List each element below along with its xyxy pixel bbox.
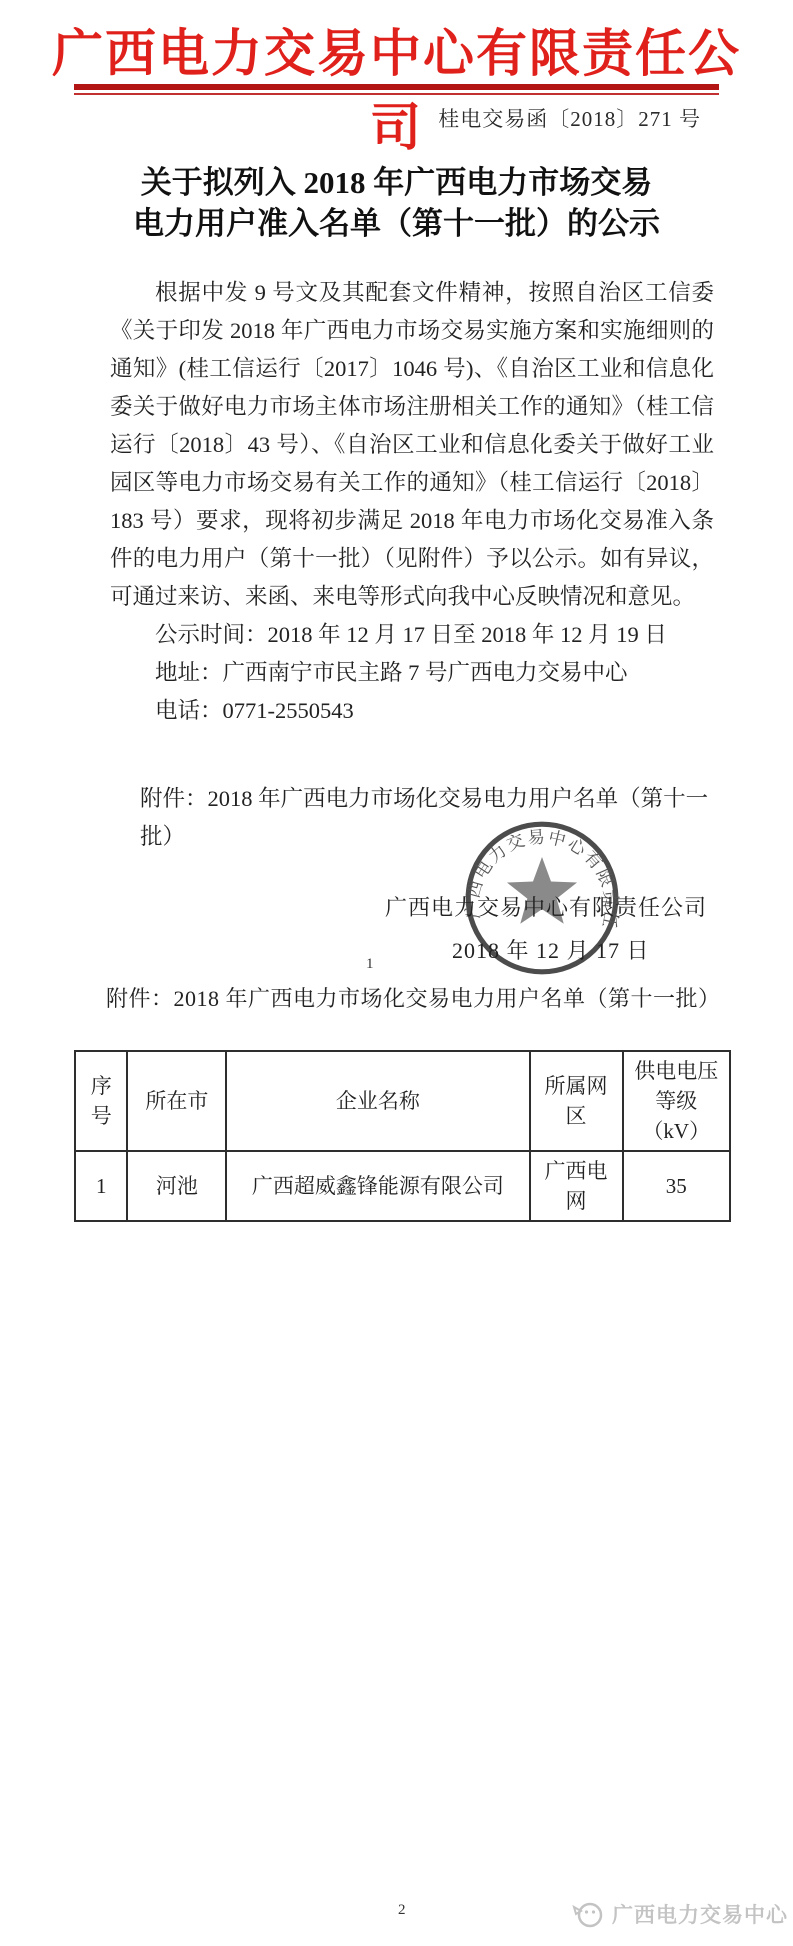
table-header-row: 序号 所在市 企业名称 所属网区 供电电压等级（kV） [75, 1051, 730, 1151]
body-paragraph: 根据中发 9 号文及其配套文件精神，按照自治区工信委《关于印发 2018 年广西… [110, 274, 714, 616]
address-line: 地址：广西南宁市民主路 7 号广西电力交易中心 [110, 654, 714, 692]
attachment-heading: 附件：2018 年广西电力市场化交易电力用户名单（第十一批） [106, 982, 721, 1013]
doc-number: 桂电交易函〔2018〕271 号 [438, 103, 701, 133]
cell-company: 广西超威鑫锋能源有限公司 [226, 1151, 529, 1221]
document-page: 广西电力交易中心有限责任公司 桂电交易函〔2018〕271 号 关于拟列入 20… [0, 0, 793, 1946]
user-list-table: 序号 所在市 企业名称 所属网区 供电电压等级（kV） 1 河池 广西超威鑫锋能… [74, 1050, 731, 1222]
body-content: 根据中发 9 号文及其配套文件精神，按照自治区工信委《关于印发 2018 年广西… [110, 274, 714, 856]
col-header-grid: 所属网区 [530, 1051, 623, 1151]
col-header-company: 企业名称 [226, 1051, 529, 1151]
col-header-voltage: 供电电压等级（kV） [623, 1051, 730, 1151]
publicity-time-line: 公示时间：2018 年 12 月 17 日至 2018 年 12 月 19 日 [110, 616, 714, 654]
cell-grid: 广西电网 [530, 1151, 623, 1221]
signature-date: 2018 年 12 月 17 日 [452, 934, 650, 965]
page-number-2: 2 [398, 1902, 406, 1919]
document-title-line2: 电力用户准入名单（第十一批）的公示 [60, 203, 733, 244]
letterhead-rule [74, 84, 719, 95]
footer-watermark-text: 广西电力交易中心 [612, 1899, 788, 1929]
letterhead-rule-thin [74, 93, 719, 95]
phone-line: 电话：0771-2550543 [110, 692, 714, 730]
col-header-city: 所在市 [127, 1051, 226, 1151]
cell-index: 1 [75, 1151, 127, 1221]
page-number-1: 1 [366, 956, 374, 973]
cell-voltage: 35 [623, 1151, 730, 1221]
attachment-table-wrap: 序号 所在市 企业名称 所属网区 供电电压等级（kV） 1 河池 广西超威鑫锋能… [74, 1050, 731, 1222]
signature-org: 广西电力交易中心有限责任公司 [385, 891, 707, 922]
document-title: 关于拟列入 2018 年广西电力市场交易 电力用户准入名单（第十一批）的公示 [60, 162, 733, 244]
footer-watermark: 广西电力交易中心 [570, 1894, 788, 1934]
cell-city: 河池 [127, 1151, 226, 1221]
letterhead-rule-thick [74, 84, 719, 90]
footer-logo-icon [570, 1897, 604, 1931]
document-title-line1: 关于拟列入 2018 年广西电力市场交易 [60, 162, 733, 203]
table-row: 1 河池 广西超威鑫锋能源有限公司 广西电网 35 [75, 1151, 730, 1221]
col-header-index: 序号 [75, 1051, 127, 1151]
